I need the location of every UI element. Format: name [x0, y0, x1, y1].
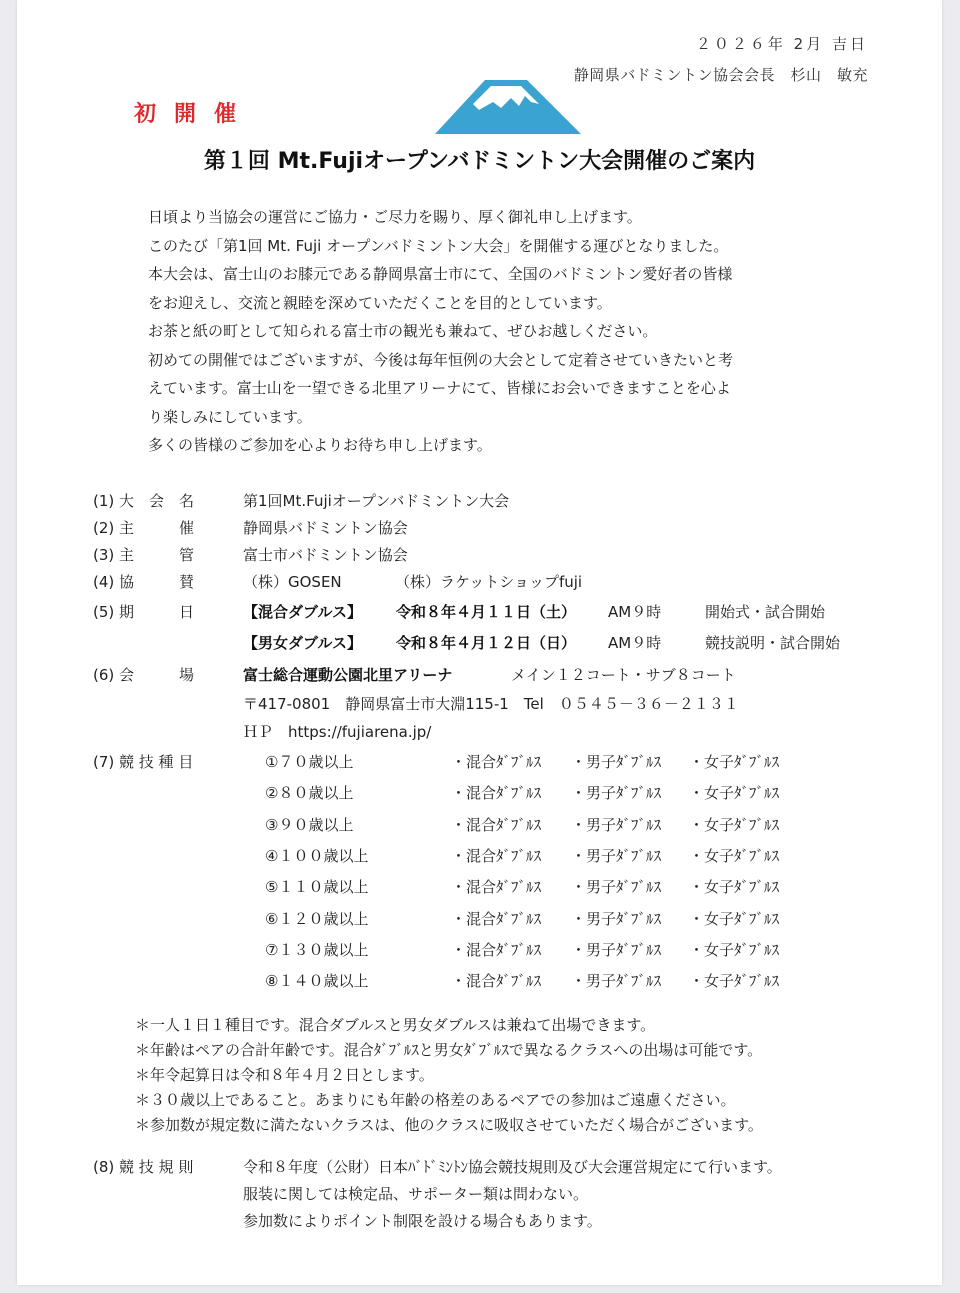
- venue-name: 富士総合運動公園北里アリーナ: [243, 664, 452, 685]
- event-mens: ・男子ﾀﾞﾌﾞﾙｽ: [571, 908, 661, 929]
- event-mixed: ・混合ﾀﾞﾌﾞﾙｽ: [451, 908, 541, 929]
- item-label: (6) 会 場: [93, 664, 233, 685]
- category-age: ⑧１４０歳以上: [265, 970, 368, 991]
- event-mens: ・男子ﾀﾞﾌﾞﾙｽ: [571, 876, 661, 897]
- category-age: ⑥１２０歳以上: [265, 908, 368, 929]
- item-label: (3) 主 管: [93, 544, 233, 565]
- event-womens: ・女子ﾀﾞﾌﾞﾙｽ: [689, 814, 779, 835]
- venue-courts: メイン１２コート・サブ８コート: [511, 664, 736, 685]
- sponsor-gosen: （株）GOSEN: [243, 571, 342, 592]
- item-value: 第1回Mt.Fujiオープンバドミントン大会: [243, 490, 509, 511]
- event-womens: ・女子ﾀﾞﾌﾞﾙｽ: [689, 782, 779, 803]
- event-note: ＊３０歳以上であること。あまりにも年齢の格差のあるペアでの参加はご遠慮ください。: [135, 1089, 735, 1110]
- category-age: ④１００歳以上: [265, 845, 368, 866]
- event-mens: ・男子ﾀﾞﾌﾞﾙｽ: [571, 782, 661, 803]
- event-mixed: ・混合ﾀﾞﾌﾞﾙｽ: [451, 876, 541, 897]
- item-label: (1) 大 会 名: [93, 490, 233, 511]
- date-value: 令和８年４月１２日（日）: [396, 632, 576, 653]
- item-label: (4) 協 賛: [93, 571, 233, 592]
- event-womens: ・女子ﾀﾞﾌﾞﾙｽ: [689, 970, 779, 991]
- venue-address: 〒417-0801 静岡県富士市大淵115-1 Tel ０５４５－３６－２１３１: [243, 693, 739, 714]
- date-time: AM９時: [608, 632, 661, 653]
- category-age: ⑤１１０歳以上: [265, 876, 368, 897]
- date-note: 開始式・試合開始: [705, 601, 825, 622]
- document-page: ２０２６年 2月 吉日 静岡県バドミントン協会会長 杉山 敏充 初開催 第１回 …: [17, 0, 942, 1285]
- details-list: (1) 大 会 名 第1回Mt.Fujiオープンバドミントン大会 (2) 主 催…: [93, 0, 933, 1285]
- venue-homepage-link[interactable]: ＨＰ https://fujiarena.jp/: [243, 721, 431, 742]
- event-note: ＊年齢はペアの合計年齢です。混合ﾀﾞﾌﾞﾙｽと男女ﾀﾞﾌﾞﾙｽで異なるクラスへの…: [135, 1039, 762, 1060]
- item-value: 静岡県バドミントン協会: [243, 517, 408, 538]
- item-value: 富士市バドミントン協会: [243, 544, 408, 565]
- sponsor-racket-shop: （株）ラケットショップfuji: [395, 571, 582, 592]
- item-label: (2) 主 催: [93, 517, 233, 538]
- event-mens: ・男子ﾀﾞﾌﾞﾙｽ: [571, 845, 661, 866]
- event-note: ＊一人１日１種目です。混合ダブルスと男女ダブルスは兼ねて出場できます。: [135, 1014, 655, 1035]
- event-mens: ・男子ﾀﾞﾌﾞﾙｽ: [571, 814, 661, 835]
- event-note: ＊年令起算日は令和８年４月２日とします。: [135, 1064, 434, 1085]
- category-age: ②８０歳以上: [265, 782, 353, 803]
- item-label: (5) 期 日: [93, 601, 233, 622]
- event-mens: ・男子ﾀﾞﾌﾞﾙｽ: [571, 751, 661, 772]
- rules-line: 令和８年度（公財）日本ﾊﾞﾄﾞﾐﾝﾄﾝ協会競技規則及び大会運営規定にて行います。: [243, 1156, 782, 1177]
- event-womens: ・女子ﾀﾞﾌﾞﾙｽ: [689, 751, 779, 772]
- date-time: AM９時: [608, 601, 661, 622]
- event-note: ＊参加数が規定数に満たないクラスは、他のクラスに吸収させていただく場合がございま…: [135, 1114, 763, 1135]
- event-mixed: ・混合ﾀﾞﾌﾞﾙｽ: [451, 970, 541, 991]
- date-event: 【男女ダブルス】: [243, 632, 362, 653]
- event-womens: ・女子ﾀﾞﾌﾞﾙｽ: [689, 845, 779, 866]
- date-note: 競技説明・試合開始: [705, 632, 840, 653]
- category-age: ⑦１３０歳以上: [265, 939, 368, 960]
- event-womens: ・女子ﾀﾞﾌﾞﾙｽ: [689, 939, 779, 960]
- rules-line: 服装に関しては検定品、サポーター類は問わない。: [243, 1183, 588, 1204]
- item-label: (7) 競 技 種 目: [93, 751, 233, 772]
- event-mens: ・男子ﾀﾞﾌﾞﾙｽ: [571, 970, 661, 991]
- event-mixed: ・混合ﾀﾞﾌﾞﾙｽ: [451, 751, 541, 772]
- event-mens: ・男子ﾀﾞﾌﾞﾙｽ: [571, 939, 661, 960]
- event-mixed: ・混合ﾀﾞﾌﾞﾙｽ: [451, 814, 541, 835]
- rules-line: 参加数によりポイント制限を設ける場合もあります。: [243, 1210, 602, 1231]
- event-mixed: ・混合ﾀﾞﾌﾞﾙｽ: [451, 939, 541, 960]
- category-age: ③９０歳以上: [265, 814, 353, 835]
- category-age: ①７０歳以上: [265, 751, 353, 772]
- date-value: 令和８年４月１１日（土）: [396, 601, 576, 622]
- event-womens: ・女子ﾀﾞﾌﾞﾙｽ: [689, 876, 779, 897]
- event-womens: ・女子ﾀﾞﾌﾞﾙｽ: [689, 908, 779, 929]
- event-mixed: ・混合ﾀﾞﾌﾞﾙｽ: [451, 782, 541, 803]
- item-label: (8) 競 技 規 則: [93, 1156, 233, 1177]
- event-mixed: ・混合ﾀﾞﾌﾞﾙｽ: [451, 845, 541, 866]
- date-event: 【混合ダブルス】: [243, 601, 362, 622]
